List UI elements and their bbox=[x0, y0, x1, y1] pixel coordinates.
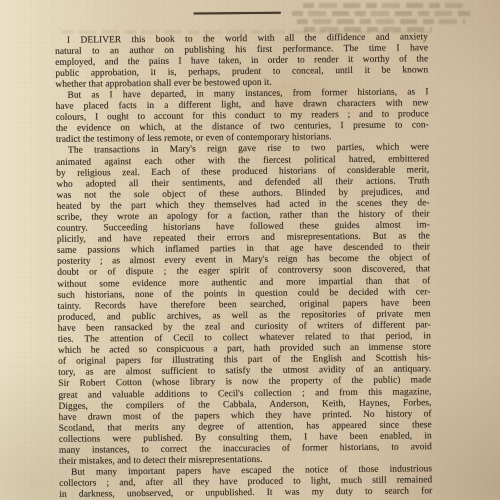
printed-page-content: I DELIVER this book to the world with al… bbox=[0, 0, 500, 500]
book-page: I DELIVER this book to the world with al… bbox=[0, 0, 500, 500]
printers-divider-rule bbox=[194, 12, 281, 15]
page-text-block: I DELIVER this book to the world with al… bbox=[55, 32, 432, 500]
text-line: in darkness, unobserved, or unpublished.… bbox=[59, 487, 432, 500]
